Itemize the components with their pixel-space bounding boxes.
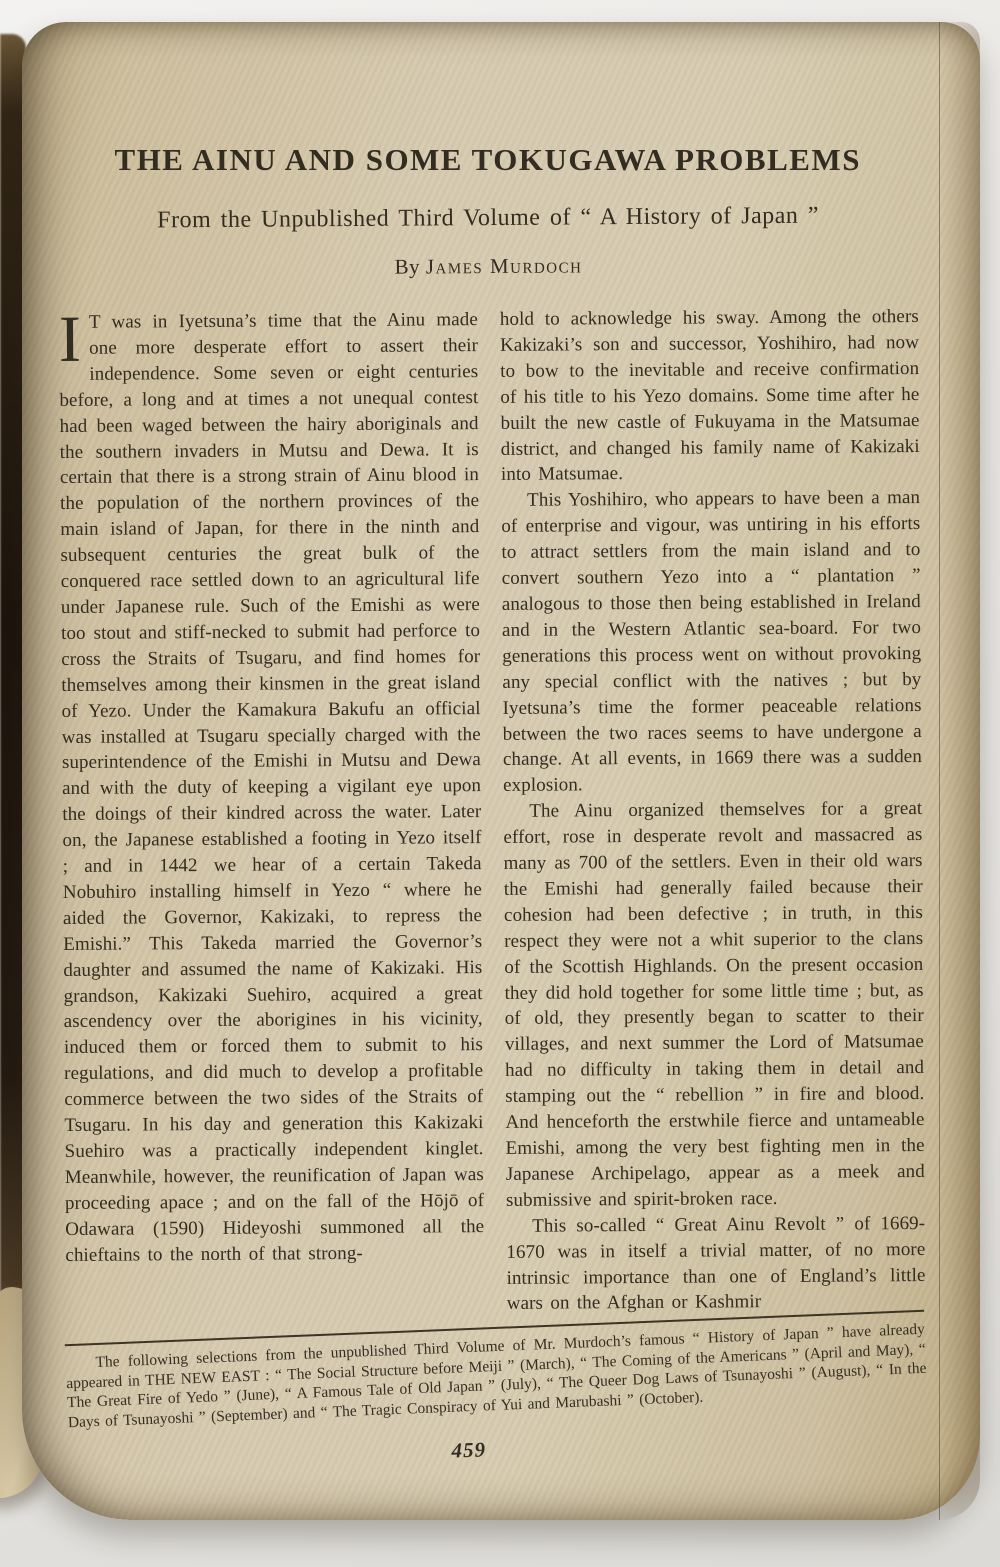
article-subtitle: From the Unpublished Third Volume of “ A…	[58, 199, 918, 237]
article-title: THE AINU AND SOME TOKUGAWA PROBLEMS	[58, 140, 918, 180]
page-content: THE AINU AND SOME TOKUGAWA PROBLEMS From…	[57, 19, 927, 1523]
paragraph: IT was in Iyetsuna’s time that the Ainu …	[59, 307, 485, 1268]
drop-cap: I	[59, 310, 90, 386]
author-name: James Murdoch	[426, 253, 583, 278]
page-number: 459	[39, 1424, 899, 1477]
footnote: The following selections from the unpubl…	[65, 1320, 927, 1432]
byline-prefix: By	[394, 254, 420, 278]
book-page: THE AINU AND SOME TOKUGAWA PROBLEMS From…	[22, 22, 980, 1520]
paragraph: The Ainu organized themselves for a grea…	[503, 796, 925, 1213]
byline: By James Murdoch	[58, 251, 918, 282]
left-column-text: was in Iyetsuna’s time that the Ainu mad…	[59, 309, 484, 1266]
footnote-section: The following selections from the unpubl…	[65, 1310, 928, 1432]
right-column: hold to acknowledge his sway. Among the …	[500, 304, 926, 1317]
article-body: IT was in Iyetsuna’s time that the Ainu …	[59, 304, 926, 1320]
left-column: IT was in Iyetsuna’s time that the Ainu …	[59, 307, 485, 1320]
paragraph: hold to acknowledge his sway. Among the …	[500, 304, 920, 488]
page-right-edge	[939, 22, 980, 1520]
paragraph: This so-called “ Great Ainu Revolt ” of …	[506, 1211, 926, 1318]
drop-cap-rest: T	[89, 312, 112, 333]
paragraph: This Yoshihiro, who appears to have been…	[501, 485, 922, 799]
photo-background: THE AINU AND SOME TOKUGAWA PROBLEMS From…	[0, 0, 1000, 1567]
